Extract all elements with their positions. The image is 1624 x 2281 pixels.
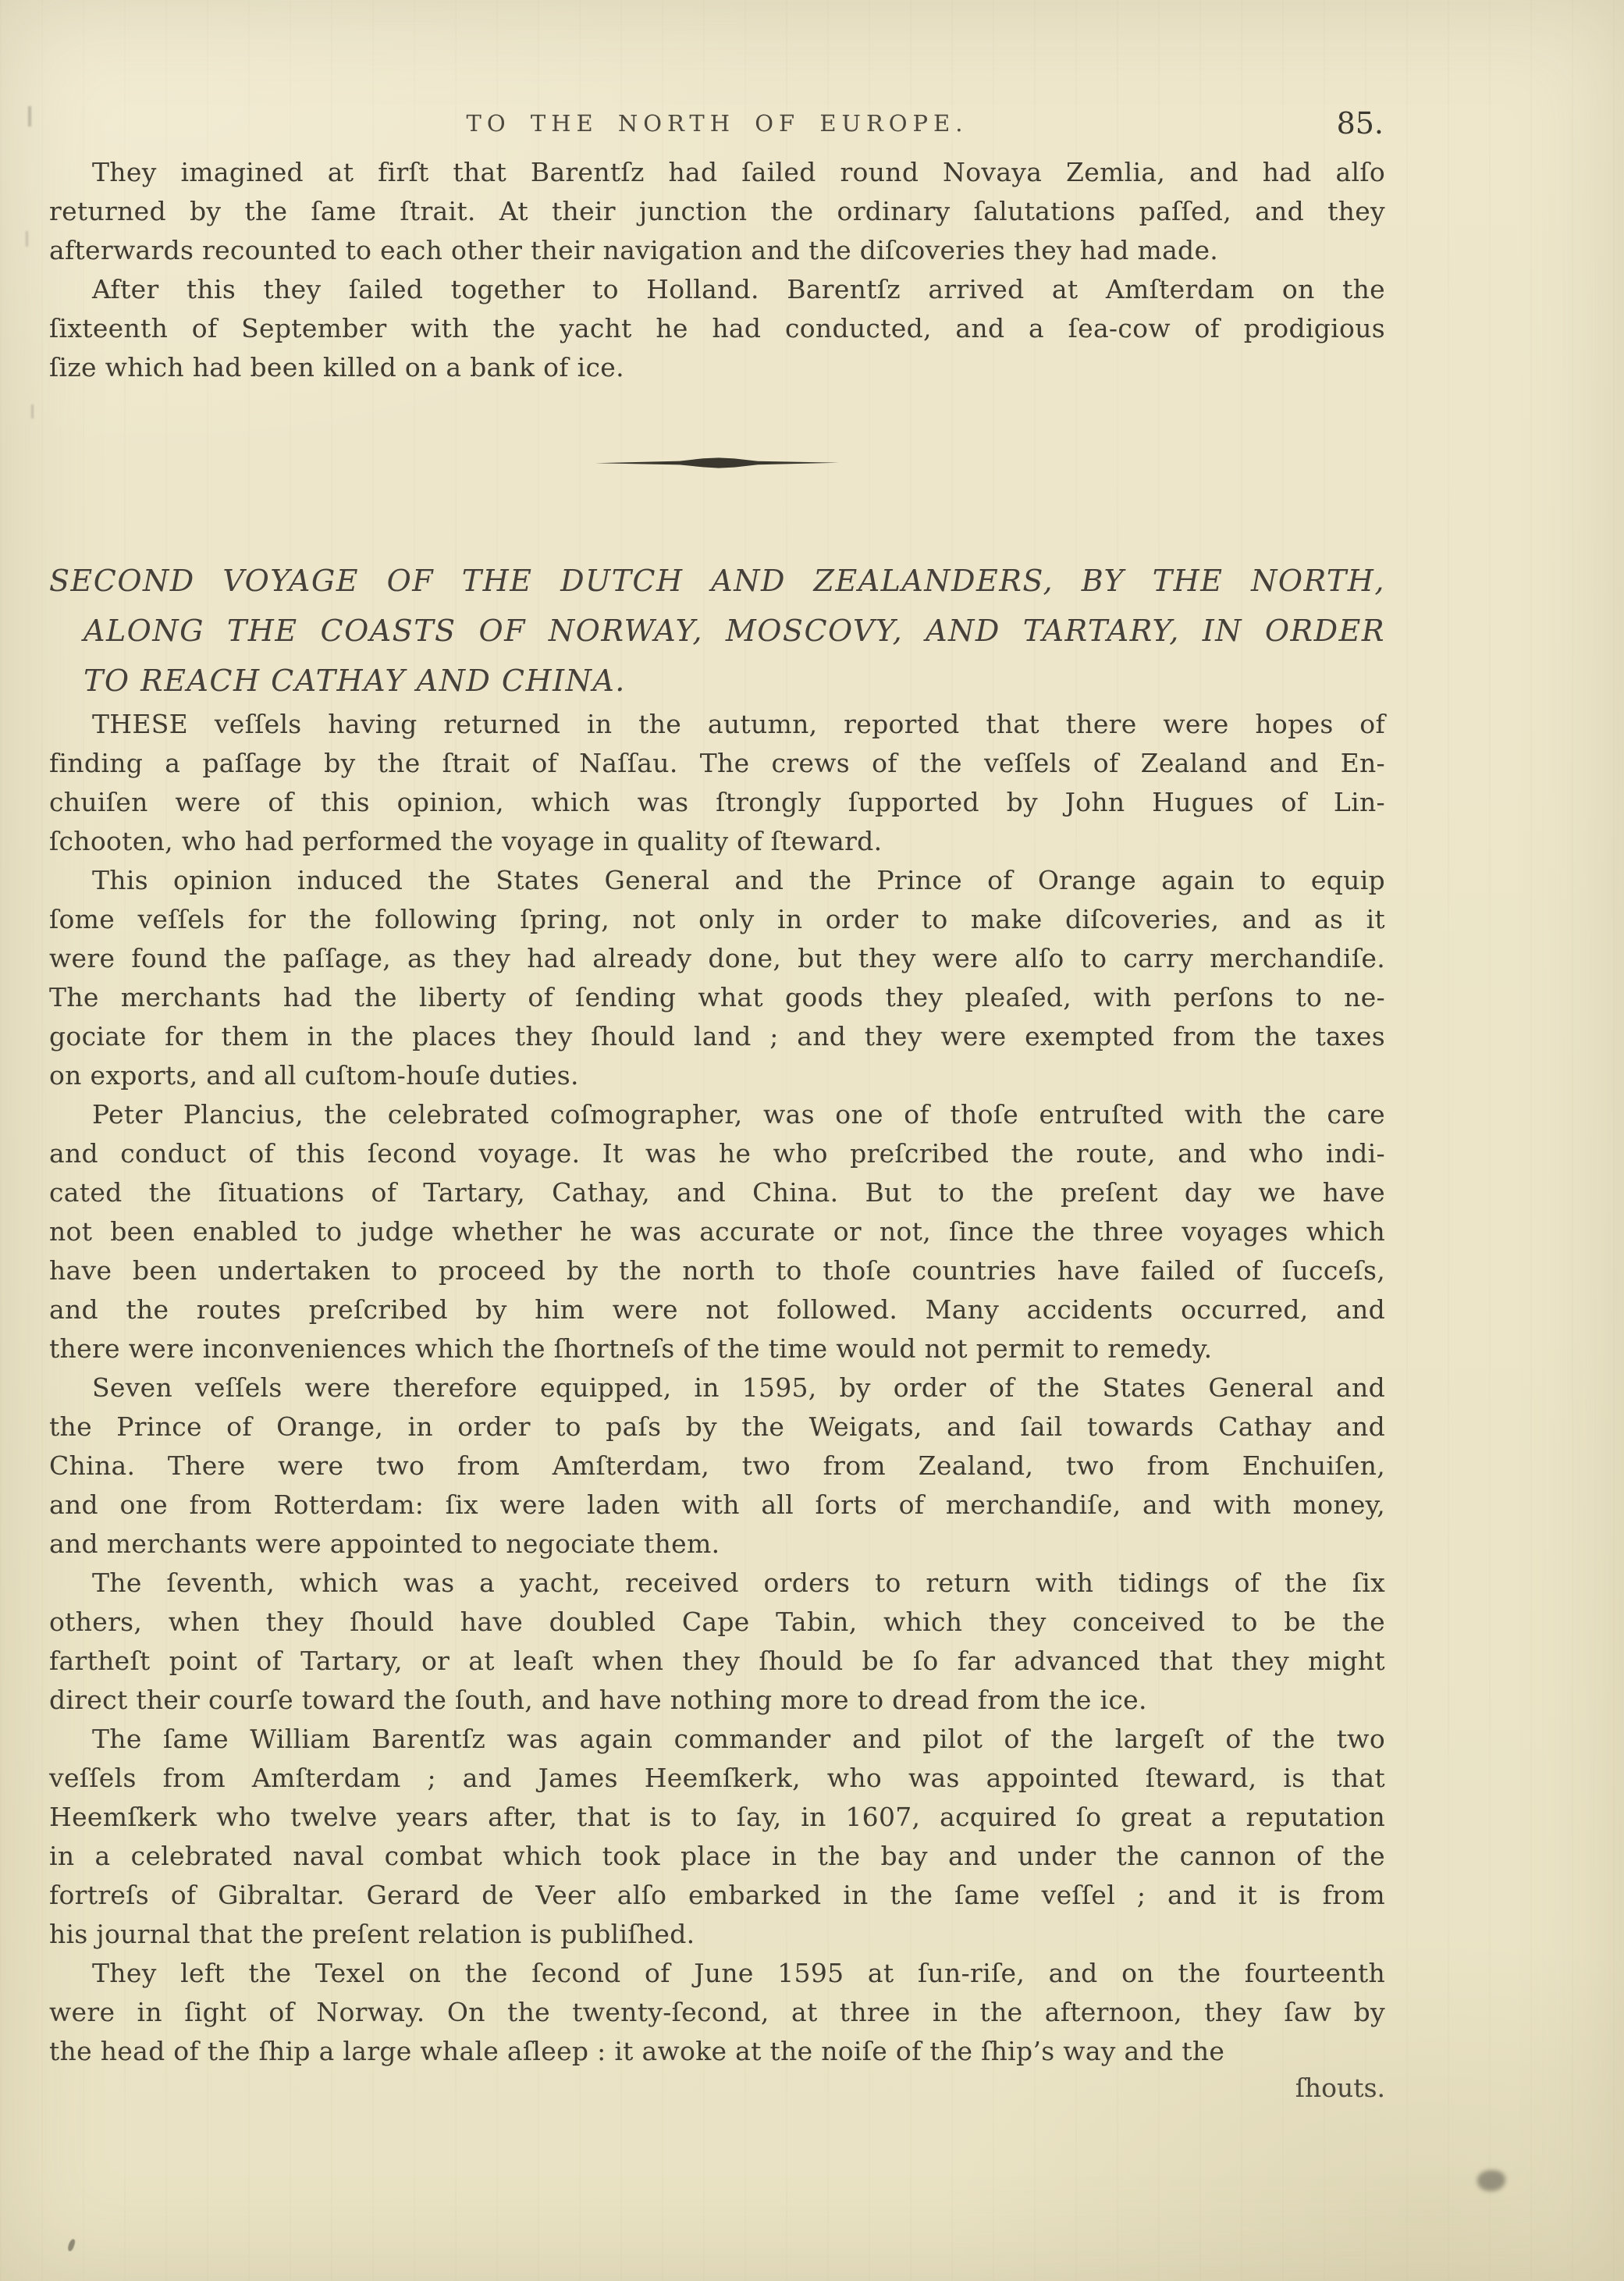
catchword: ſhouts.	[49, 2069, 1385, 2108]
page-number: 85.	[1337, 100, 1384, 147]
text-line: there were inconveniences which the ſhor…	[49, 1329, 1385, 1368]
text-line: gociate for them in the places they ſhou…	[49, 1017, 1385, 1056]
text-line: The merchants had the liberty of ſending…	[49, 978, 1385, 1017]
paper-speck	[31, 404, 34, 418]
text-line: China. There were two from Amſterdam, tw…	[49, 1447, 1385, 1486]
text-line: not been enabled to judge whether he was…	[49, 1212, 1385, 1251]
text-line: his journal that the preſent relation is…	[49, 1915, 1385, 1954]
paragraph: They imagined at firſt that Barentſz had…	[49, 153, 1385, 270]
section-divider	[49, 453, 1385, 468]
text-line: ſome veſſels for the following ſpring, n…	[49, 900, 1385, 939]
swelled-rule-icon	[595, 457, 839, 468]
text-line: and merchants were appointed to negociat…	[49, 1525, 1385, 1564]
text-line: finding a paſſage by the ſtrait of Naſſa…	[49, 744, 1385, 783]
text-line: Seven veſſels were therefore equipped, i…	[49, 1368, 1385, 1407]
section-heading: SECOND VOYAGE OF THE DUTCH AND ZEALANDER…	[49, 556, 1385, 706]
paragraph: Seven veſſels were therefore equipped, i…	[49, 1368, 1385, 1564]
text-line: fortreſs of Gibraltar. Gerard de Veer al…	[49, 1876, 1385, 1915]
text-line: were in ſight of Norway. On the twenty-ſ…	[49, 1993, 1385, 2032]
text-line: The ſame William Barentſz was again comm…	[49, 1720, 1385, 1759]
text-line: THESE veſſels having returned in the aut…	[49, 705, 1385, 744]
text-line: and one from Rotterdam: ſix were laden w…	[49, 1486, 1385, 1525]
text-line: others, when they ſhould have doubled Ca…	[49, 1603, 1385, 1642]
paragraph: The ſame William Barentſz was again comm…	[49, 1720, 1385, 1954]
paragraph: This opinion induced the States General …	[49, 861, 1385, 1095]
paragraph: THESE veſſels having returned in the aut…	[49, 705, 1385, 861]
text-line: fartheſt point of Tartary, or at leaſt w…	[49, 1642, 1385, 1681]
text-line: chuiſen were of this opinion, which was …	[49, 783, 1385, 822]
text-line: Heemſkerk who twelve years after, that i…	[49, 1798, 1385, 1837]
paper-speck	[28, 106, 31, 126]
text-line: in a celebrated naval combat which took …	[49, 1837, 1385, 1876]
text-line: direct their courſe toward the ſouth, an…	[49, 1681, 1385, 1720]
text-line: Peter Plancius, the celebrated coſmograp…	[49, 1095, 1385, 1134]
text-line: the head of the ſhip a large whale aſlee…	[49, 2032, 1385, 2071]
text-line: and conduct of this ſecond voyage. It wa…	[49, 1134, 1385, 1173]
intro-section: They imagined at firſt that Barentſz had…	[49, 153, 1385, 387]
scanned-book-page: { "colors": { "paper": "#ece5c8", "ink":…	[0, 0, 1624, 2281]
text-line: The ſeventh, which was a yacht, received…	[49, 1564, 1385, 1603]
text-line: have been undertaken to proceed by the n…	[49, 1251, 1385, 1290]
text-line: the Prince of Orange, in order to paſs b…	[49, 1407, 1385, 1447]
text-line: This opinion induced the States General …	[49, 861, 1385, 900]
text-line: TO REACH CATHAY AND CHINA.	[49, 656, 1385, 706]
text-line: afterwards recounted to each other their…	[49, 231, 1385, 270]
text-line: on exports, and all cuſtom-houſe duties.	[49, 1056, 1385, 1095]
text-line: veſſels from Amſterdam ; and James Heemſ…	[49, 1759, 1385, 1798]
text-line: returned by the ſame ſtrait. At their ju…	[49, 192, 1385, 231]
text-line: ALONG THE COASTS OF NORWAY, MOSCOVY, AND…	[49, 606, 1385, 656]
paragraph: After this they ſailed together to Holla…	[49, 270, 1385, 387]
running-title: TO THE NORTH OF EUROPE.	[49, 100, 1385, 147]
text-line: and the routes preſcribed by him were no…	[49, 1290, 1385, 1329]
paper-speck	[26, 231, 28, 247]
paragraph: The ſeventh, which was a yacht, received…	[49, 1564, 1385, 1720]
text-line: SECOND VOYAGE OF THE DUTCH AND ZEALANDER…	[49, 556, 1385, 606]
text-line: After this they ſailed together to Holla…	[49, 270, 1385, 309]
body-section: THESE veſſels having returned in the aut…	[49, 705, 1385, 2071]
text-line: cated the ſituations of Tartary, Cathay,…	[49, 1173, 1385, 1212]
text-line: ſixteenth of September with the yacht he…	[49, 309, 1385, 348]
running-head: TO THE NORTH OF EUROPE. 85.	[49, 100, 1385, 147]
paragraph: Peter Plancius, the celebrated coſmograp…	[49, 1095, 1385, 1368]
text-line: ſchooten, who had performed the voyage i…	[49, 822, 1385, 861]
text-line: They left the Texel on the ſecond of Jun…	[49, 1954, 1385, 1993]
text-line: were found the paſſage, as they had alre…	[49, 939, 1385, 978]
text-line: They imagined at firſt that Barentſz had…	[49, 153, 1385, 192]
text-block: TO THE NORTH OF EUROPE. 85. They imagine…	[49, 0, 1385, 2281]
paragraph: They left the Texel on the ſecond of Jun…	[49, 1954, 1385, 2071]
text-line: ſize which had been killed on a bank of …	[49, 348, 1385, 387]
